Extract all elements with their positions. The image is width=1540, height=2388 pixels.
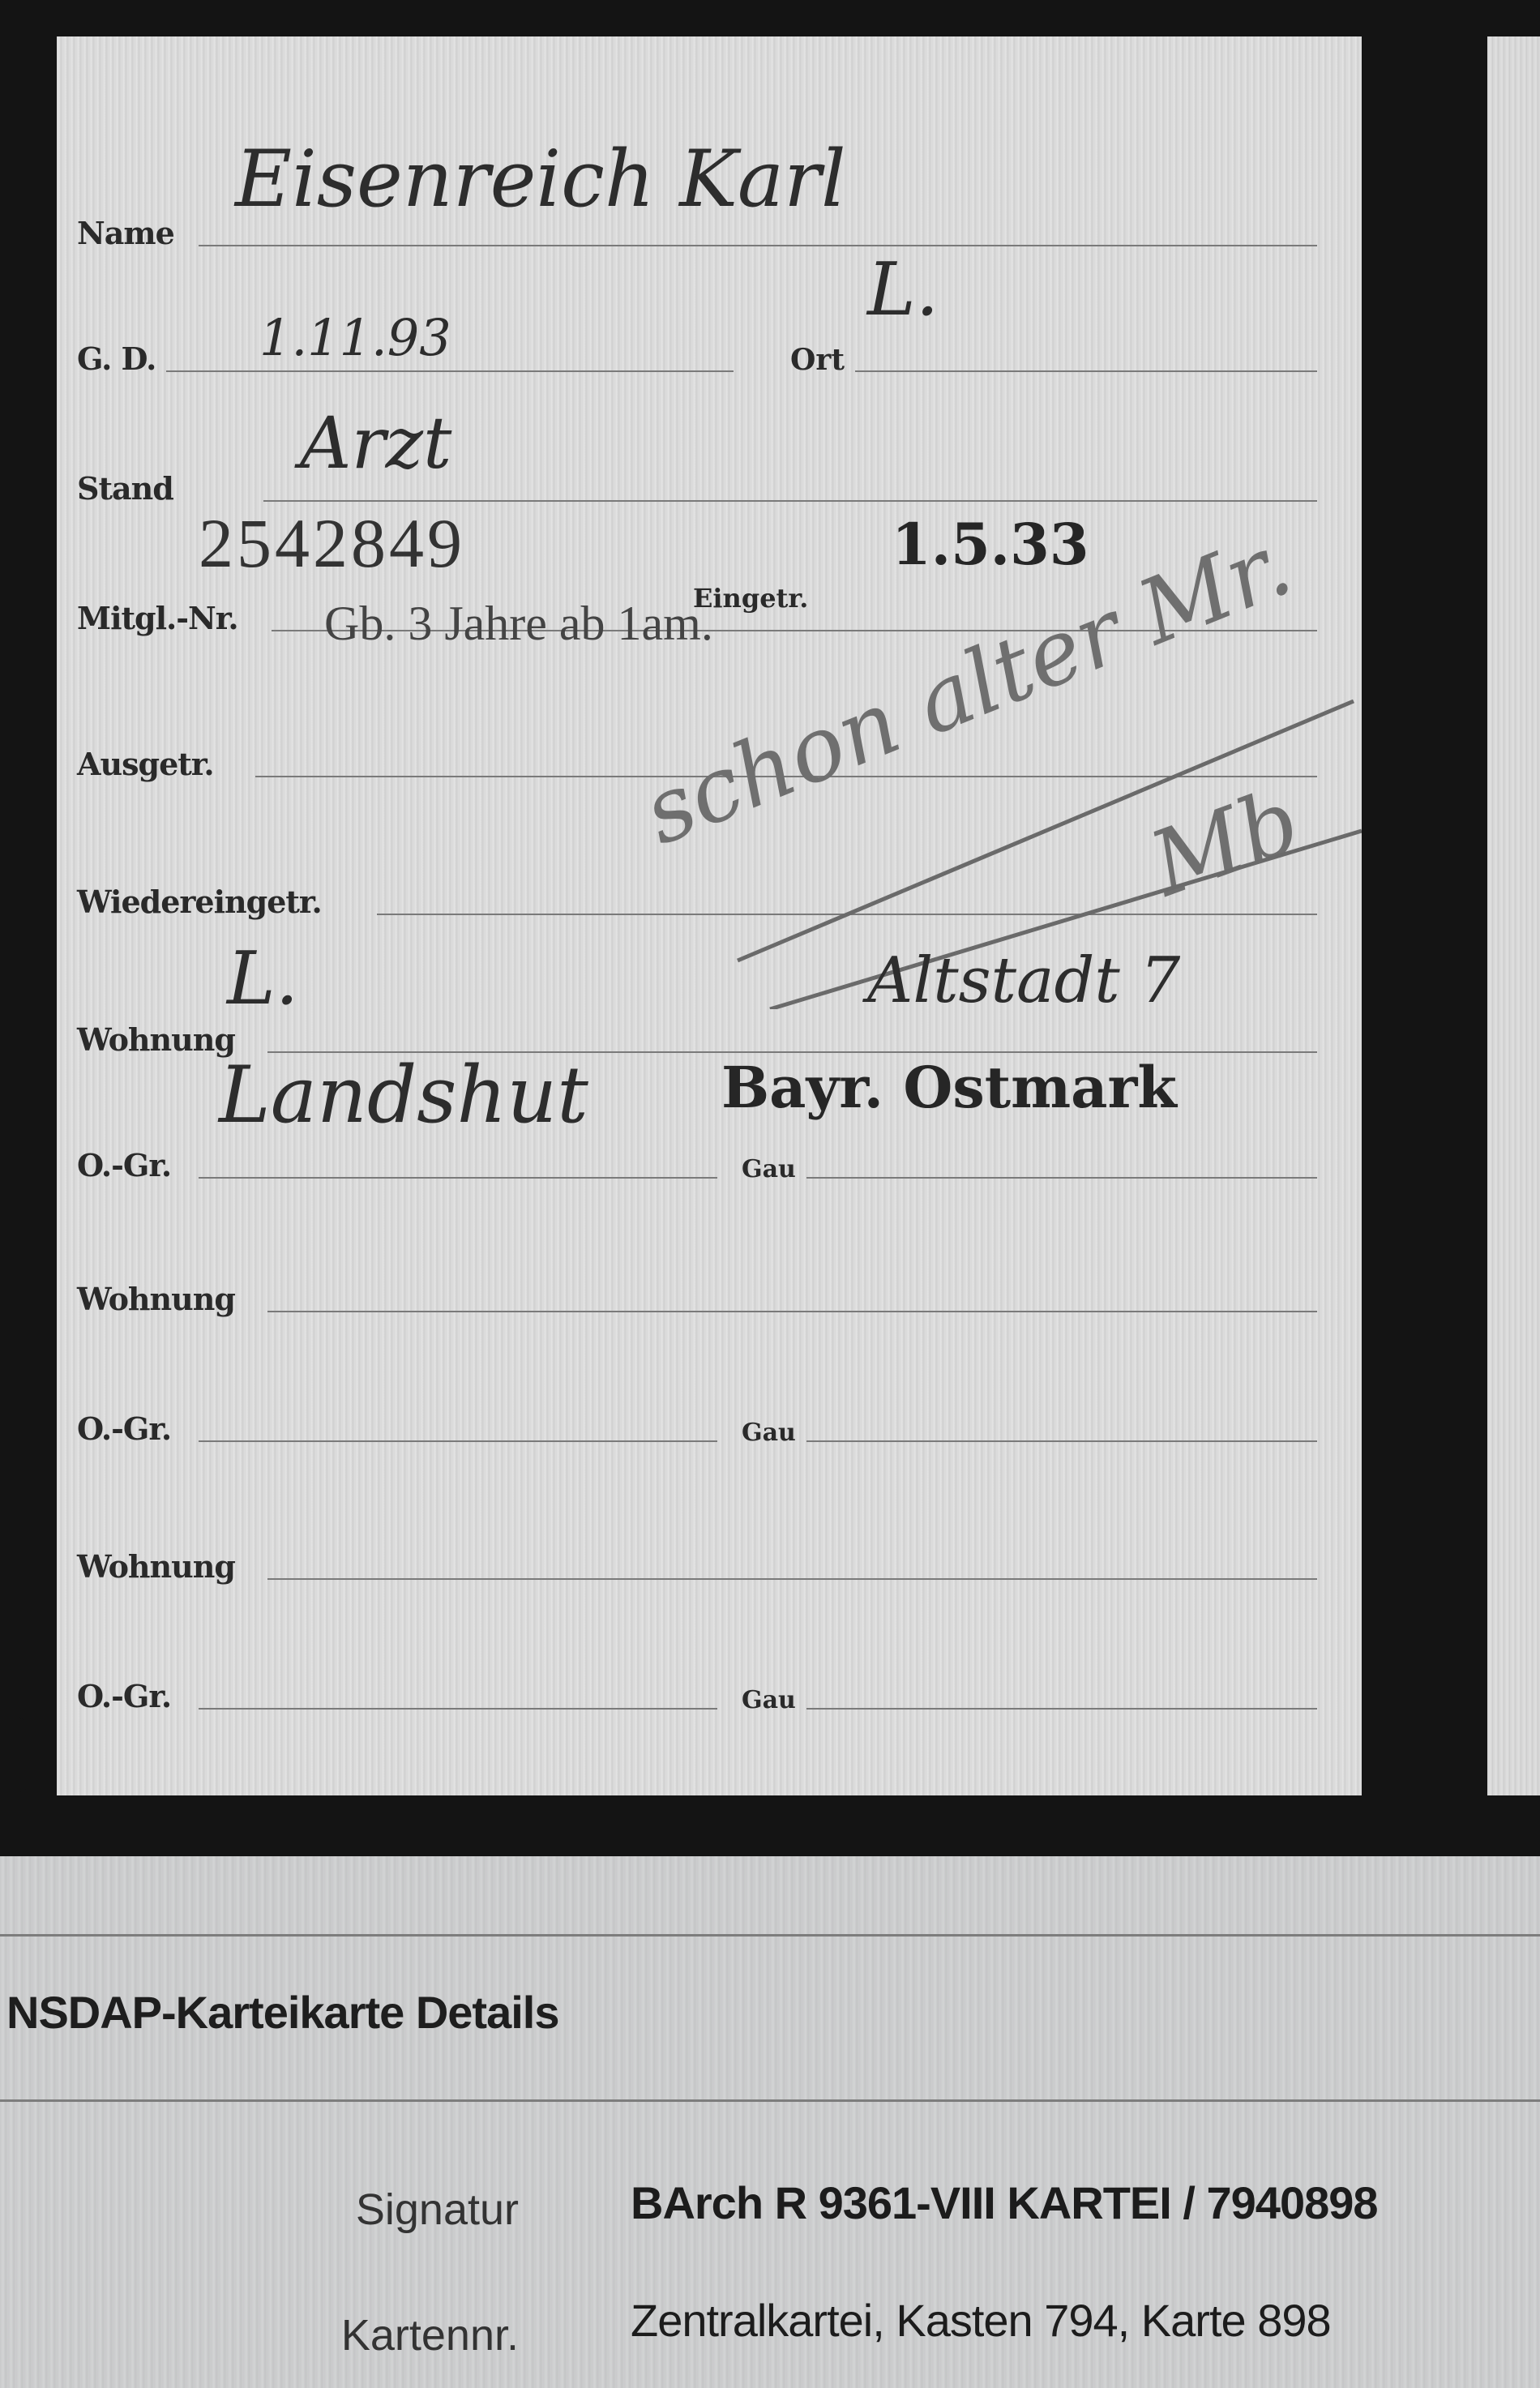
divider xyxy=(0,1934,1540,1937)
field-line xyxy=(267,1311,1317,1312)
field-label: Wohnung xyxy=(77,1281,235,1317)
field-label: Mitgl.-Nr. xyxy=(77,600,238,636)
field-line xyxy=(267,1578,1317,1580)
field-line xyxy=(806,1708,1317,1710)
field-label: G. D. xyxy=(77,340,156,377)
field-label: Wohnung xyxy=(77,1548,235,1585)
field-residence-3: Wohnung xyxy=(77,1520,1317,1585)
card-image-viewer: Name Eisenreich Karl G. D. Ort 1.11.93 L… xyxy=(0,0,1540,1856)
field-line xyxy=(166,370,734,372)
field-label: Name xyxy=(77,215,174,251)
divider xyxy=(0,2099,1540,2102)
kartennr-value: Zentralkartei, Kasten 794, Karte 898 xyxy=(631,2294,1331,2347)
field-label: Stand xyxy=(77,470,173,507)
field-line xyxy=(263,500,1317,502)
field-label: Gau xyxy=(742,1419,796,1447)
field-line xyxy=(199,1708,717,1710)
entry-date-value: 1.5.33 xyxy=(892,511,1089,578)
field-line xyxy=(806,1440,1317,1442)
card-punch-hole xyxy=(0,1714,45,1795)
field-line xyxy=(199,1440,717,1442)
typed-note: Gb. 3 Jahre ab 1am. xyxy=(324,596,713,652)
signatur-label: Signatur xyxy=(276,2185,519,2235)
gau-1-value: Bayr. Ostmark xyxy=(721,1054,1177,1121)
details-title: NSDAP-Karteikarte Details xyxy=(6,1986,558,2039)
field-local-group-2: O.-Gr. Gau xyxy=(77,1382,1317,1447)
field-label: Ausgetr. xyxy=(77,746,214,782)
field-line xyxy=(199,1177,717,1179)
field-residence-2: Wohnung xyxy=(77,1252,1317,1317)
details-panel: NSDAP-Karteikarte Details Signatur BArch… xyxy=(0,1856,1540,2388)
residence-1-street: Altstadt 7 xyxy=(867,944,1180,1017)
field-label: Wohnung xyxy=(77,1021,235,1058)
occupation-value: Arzt xyxy=(300,401,451,485)
field-label: O.-Gr. xyxy=(77,1410,171,1447)
field-line xyxy=(855,370,1317,372)
residence-1-value: L. xyxy=(227,936,298,1021)
birthplace-value: L. xyxy=(867,247,939,332)
signatur-value: BArch R 9361-VIII KARTEI / 7940898 xyxy=(631,2176,1378,2229)
next-card-preview[interactable] xyxy=(1487,36,1540,1795)
index-card-scan[interactable]: Name Eisenreich Karl G. D. Ort 1.11.93 L… xyxy=(57,36,1362,1795)
field-line xyxy=(199,245,1317,246)
kartennr-label: Kartennr. xyxy=(276,2310,519,2360)
field-local-group-3: O.-Gr. Gau xyxy=(77,1650,1317,1714)
member-number-value: 2542849 xyxy=(199,503,465,584)
field-occupation: Stand xyxy=(77,442,1317,507)
field-line xyxy=(806,1177,1317,1179)
local-group-1-value: Landshut xyxy=(219,1050,588,1141)
name-value: Eisenreich Karl xyxy=(235,134,846,225)
field-label: O.-Gr. xyxy=(77,1147,171,1183)
field-label: Gau xyxy=(742,1686,796,1714)
field-label: Gau xyxy=(742,1155,796,1183)
field-label: Ort xyxy=(790,343,845,377)
birthdate-value: 1.11.93 xyxy=(259,308,451,367)
field-label: Wiedereingetr. xyxy=(77,884,322,920)
field-label: O.-Gr. xyxy=(77,1678,171,1714)
